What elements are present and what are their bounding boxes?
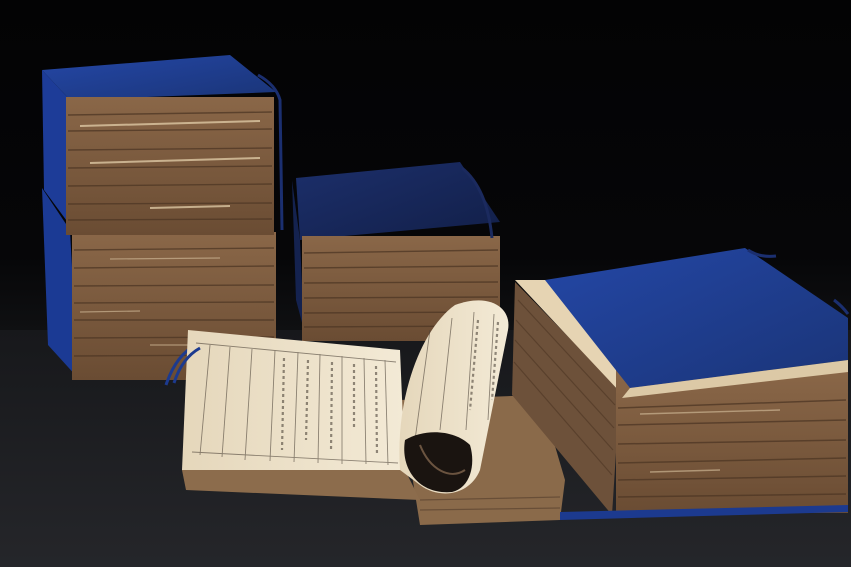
photo-scene (0, 0, 851, 567)
books-illustration (0, 0, 851, 567)
